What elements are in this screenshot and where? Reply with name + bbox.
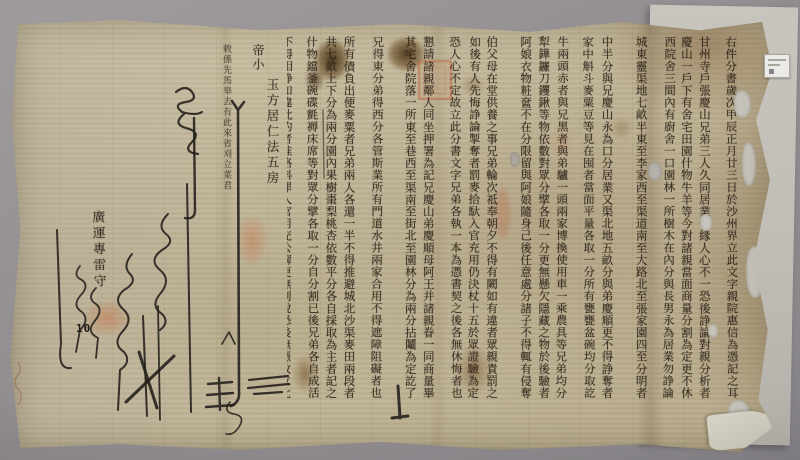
text-column: 恐人心不定故立此分書文字兄弟各執一本為憑書契之後各無休悔者也 [446, 36, 466, 442]
text-column: 所有債負出便麥粟者兄弟兩人各還一半不得推避城北沙渠麥田兩段者 [340, 36, 367, 442]
annotation-heading: 帝小 [250, 44, 267, 72]
text-column: 西院舍三間內有廚舍一口園林一所樹木在內分與長男永為居業勿諍論 [658, 36, 679, 442]
text-column: 其宅舍院落一所東至巷西至渠南至街北至園林分為兩分拈鬮為定訖了 [402, 36, 420, 442]
text-column: 家中斛斗麥粟豆等見在囤者當面平量各取一分所有甕甕盆碗均分取訖 [579, 36, 599, 442]
text-column: 阿娘衣物粧奩不在分限留與阿娘隨身己後任意處分諸子不得輒有侵奪 [517, 36, 535, 442]
label-mark [768, 64, 780, 66]
edge-damage-hole [742, 142, 756, 186]
text-column: 懇請諸親鄰人同坐押署為記兄慶山弟慶順母阿王并諸親眷一同商量畢 [420, 36, 447, 442]
label-stamp [769, 69, 774, 74]
manuscript-paper: 右件分書歲次甲辰正月廿三日於沙州界立此文字親院惠信為憑記之耳甘州寺戶張慶山兄弟三… [8, 14, 780, 452]
text-column: 甘州寺戶張慶山兄弟三人久同居業今緣人心不一恐後諍論對親分析者 [696, 36, 723, 442]
text-column: 城東靈渠地七畝半東至李家西至渠道南至大路北至張家園四至分明者 [633, 36, 660, 442]
photo-backdrop: 右件分書歲次甲辰正月廿三日於沙州界立此文字親院惠信為憑記之耳甘州寺戶張慶山兄弟三… [0, 0, 800, 460]
annotation-names: 玉方居仁法五房 [263, 78, 281, 187]
edge-damage-hole [734, 90, 751, 118]
red-seal [236, 214, 268, 266]
text-column: 兄得東分弟得西分各管斯業所有門道水井兩家合用不得遮障阻礙者也 [366, 36, 403, 442]
text-column: 什物鐺釜碗碟氈褥床席等對眾分擘各取一分自分割已後兄弟各自成活 [303, 36, 323, 442]
text-column: 如後有人先悔諍論掣奪者罰麥拾馱入官充用仍決杖十五於眾證驗為定 [464, 36, 485, 442]
text-column: 牛兩頭赤者與兄黑者與弟驢一頭兩家博換使用車一乘農具等兄弟均分 [552, 36, 582, 442]
catalog-label [764, 54, 790, 78]
text-column: 伯父母在堂供養之事兄弟輪次祗奉朝夕不得有闕如有違者眾親責罰之 [483, 36, 517, 442]
text-column: 慶山一戶下有舍宅田園什物牛羊等今對諸親當面商量分割為定更不休 [678, 36, 696, 442]
annotation-number: 10 [76, 322, 91, 335]
edge-damage-hole [708, 324, 718, 338]
annotation-left-name: 廣運專雷守 [87, 210, 108, 290]
torn-corner-flap [706, 409, 775, 452]
text-column: 不得相諍如違此約者准格科罪入官用充公廨更無別說恐後無憑故立此 [287, 36, 305, 442]
text-column: 共七畝上下分為兩分園內果樹棗梨桃杏依數平分各自採取為主者記之 [322, 36, 340, 442]
manuscript-text-columns: 右件分書歲次甲辰正月廿三日於沙州界立此文字親院惠信為憑記之耳甘州寺戶張慶山兄弟三… [287, 36, 757, 442]
annotation-thin-column: 敕係先馬皋去有此來省刈立菜君 [220, 44, 233, 191]
text-column: 中半分與兄慶山永為口分居業又渠北地五畝分與弟慶順更不得諍奪者 [598, 36, 632, 442]
label-mark [768, 59, 786, 61]
repair-patch [510, 152, 520, 167]
edge-damage-hole [700, 214, 712, 231]
repair-patch [648, 162, 662, 180]
text-column: 犁鏵鐮刀钁鍬等物依數對眾分擘各取一分更無懸欠隱藏之物於後驗者 [535, 36, 553, 442]
